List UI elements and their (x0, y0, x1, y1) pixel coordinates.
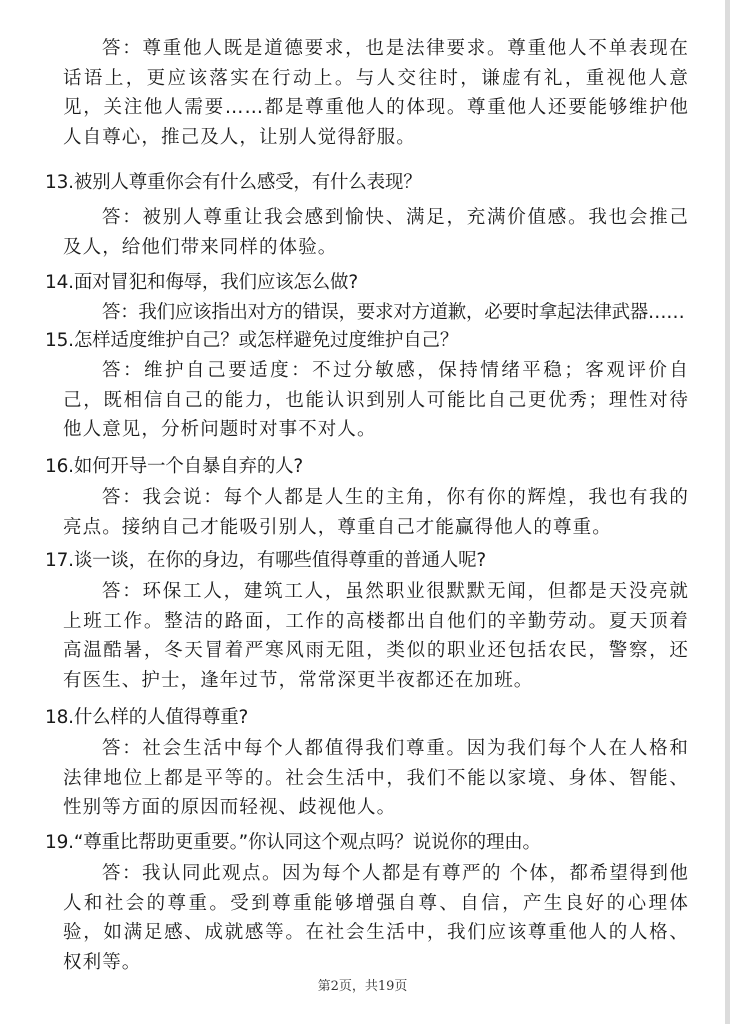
answer-15: 答：维护自己要适度：不过分敏感，保持情绪平稳；客观评价自己，既相信自己的能力，也… (63, 356, 689, 445)
question-15: 15.怎样适度维护自己？或怎样避免过度维护自己？ (45, 328, 458, 354)
answer-17: 答：环保工人，建筑工人，虽然职业很默默无闻，但都是天没亮就上班工作。整洁的路面，… (63, 577, 689, 695)
question-14: 14.面对冒犯和侮辱，我们应该怎么做? (45, 270, 358, 296)
page-edge-shadow (725, 0, 730, 1024)
answer-19: 答：我认同此观点。因为每个人都是有尊严的 个体，都希望得到他人和社会的尊重。受到… (63, 859, 689, 977)
question-17: 17.谈一谈，在你的身边，有哪些值得尊重的普通人呢? (45, 548, 486, 574)
answer-14: 答：我们应该指出对方的错误，要求对方道歉，必要时拿起法律武器…… (63, 298, 689, 328)
question-18: 18.什么样的人值得尊重? (45, 705, 248, 731)
question-16: 16.如何开导一个自暴自弃的人? (45, 454, 303, 480)
question-19: 19.“尊重比帮助更重要。”你认同这个观点吗？说说你的理由。 (45, 830, 541, 856)
answer-16: 答：我会说：每个人都是人生的主角，你有你的辉煌，我也有我的亮点。接纳自己才能吸引… (63, 483, 689, 542)
answer-13: 答：被别人尊重让我会感到愉快、满足，充满价值感。我也会推己及人，给他们带来同样的… (63, 203, 689, 262)
question-13: 13.被别人尊重你会有什么感受，有什么表现？ (45, 170, 422, 196)
answer-12: 答：尊重他人既是道德要求，也是法律要求。尊重他人不单表现在话语上，更应该落实在行… (63, 34, 689, 152)
page-indicator: 第2页，共19页 (0, 975, 725, 994)
answer-18: 答：社会生活中每个人都值得我们尊重。因为我们每个人在人格和法律地位上都是平等的。… (63, 734, 689, 823)
